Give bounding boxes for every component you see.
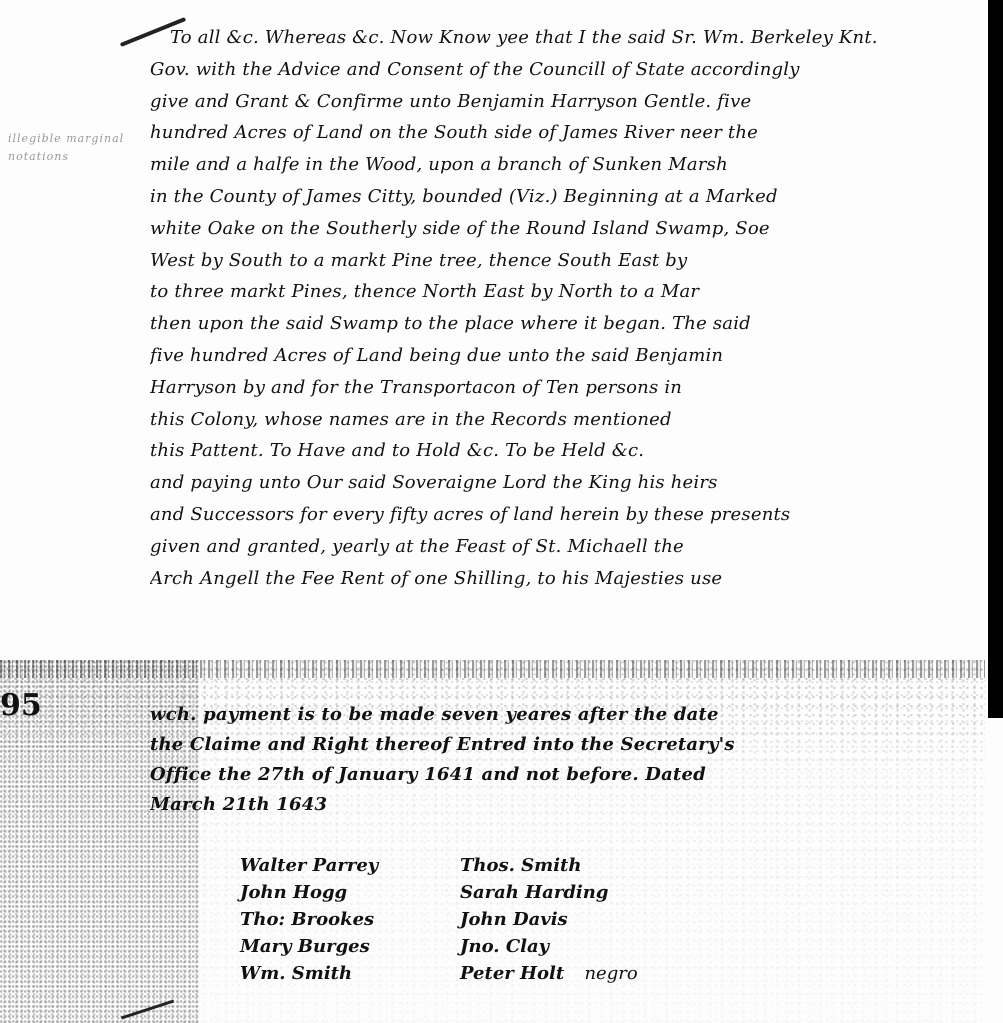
proviso-line: the Claime and Right thereof Entred into… xyxy=(150,730,970,760)
body-line: West by South to a markt Pine tree, then… xyxy=(150,245,985,277)
proviso-date: March 21th 1643 xyxy=(150,790,970,820)
body-line: to three markt Pines, thence North East … xyxy=(150,276,985,308)
body-line: five hundred Acres of Land being due unt… xyxy=(150,340,985,372)
body-line: Arch Angell the Fee Rent of one Shilling… xyxy=(150,563,985,595)
scan-fold-line xyxy=(0,660,985,678)
person-name: John Davis xyxy=(460,906,700,933)
names-left-column: Walter Parrey John Hogg Tho: Brookes Mar… xyxy=(240,852,450,987)
body-line: this Pattent. To Have and to Hold &c. To… xyxy=(150,435,985,467)
proviso-line: wch. payment is to be made seven yeares … xyxy=(150,700,970,730)
person-name: Peter Holt xyxy=(460,963,564,984)
body-line: and Successors for every fifty acres of … xyxy=(150,499,985,531)
body-line: To all &c. Whereas &c. Now Know yee that… xyxy=(150,22,985,54)
person-name: Walter Parrey xyxy=(240,852,450,879)
document-page: illegible marginal notations 95 To all &… xyxy=(0,0,1003,1023)
person-name: Sarah Harding xyxy=(460,879,700,906)
payment-proviso: wch. payment is to be made seven yeares … xyxy=(150,700,970,820)
person-name: Thos. Smith xyxy=(460,852,700,879)
body-line: Gov. with the Advice and Consent of the … xyxy=(150,54,985,86)
person-name: Tho: Brookes xyxy=(240,906,450,933)
person-name: John Hogg xyxy=(240,879,450,906)
margin-note: illegible marginal notations xyxy=(8,130,138,166)
person-name: Mary Burges xyxy=(240,933,450,960)
body-line: white Oake on the Southerly side of the … xyxy=(150,213,985,245)
person-name: Wm. Smith xyxy=(240,960,450,987)
patent-body: To all &c. Whereas &c. Now Know yee that… xyxy=(150,22,985,594)
person-name: Jno. Clay xyxy=(460,933,700,960)
body-line: Harryson by and for the Transportacon of… xyxy=(150,372,985,404)
body-line: hundred Acres of Land on the South side … xyxy=(150,117,985,149)
body-line: this Colony, whose names are in the Reco… xyxy=(150,404,985,436)
body-line: mile and a halfe in the Wood, upon a bra… xyxy=(150,149,985,181)
body-line: and paying unto Our said Soveraigne Lord… xyxy=(150,467,985,499)
body-line: give and Grant & Confirme unto Benjamin … xyxy=(150,86,985,118)
scan-black-edge xyxy=(988,0,1003,718)
names-right-column: Thos. Smith Sarah Harding John Davis Jno… xyxy=(460,852,700,987)
name-annotation: negro xyxy=(584,963,637,984)
body-line: given and granted, yearly at the Feast o… xyxy=(150,531,985,563)
body-line: then upon the said Swamp to the place wh… xyxy=(150,308,985,340)
folio-number: 95 xyxy=(0,688,42,723)
headright-names: Walter Parrey John Hogg Tho: Brookes Mar… xyxy=(240,852,700,987)
body-line: in the County of James Citty, bounded (V… xyxy=(150,181,985,213)
proviso-line: Office the 27th of January 1641 and not … xyxy=(150,760,970,790)
person-name-with-note: Peter Holt negro xyxy=(460,960,700,987)
